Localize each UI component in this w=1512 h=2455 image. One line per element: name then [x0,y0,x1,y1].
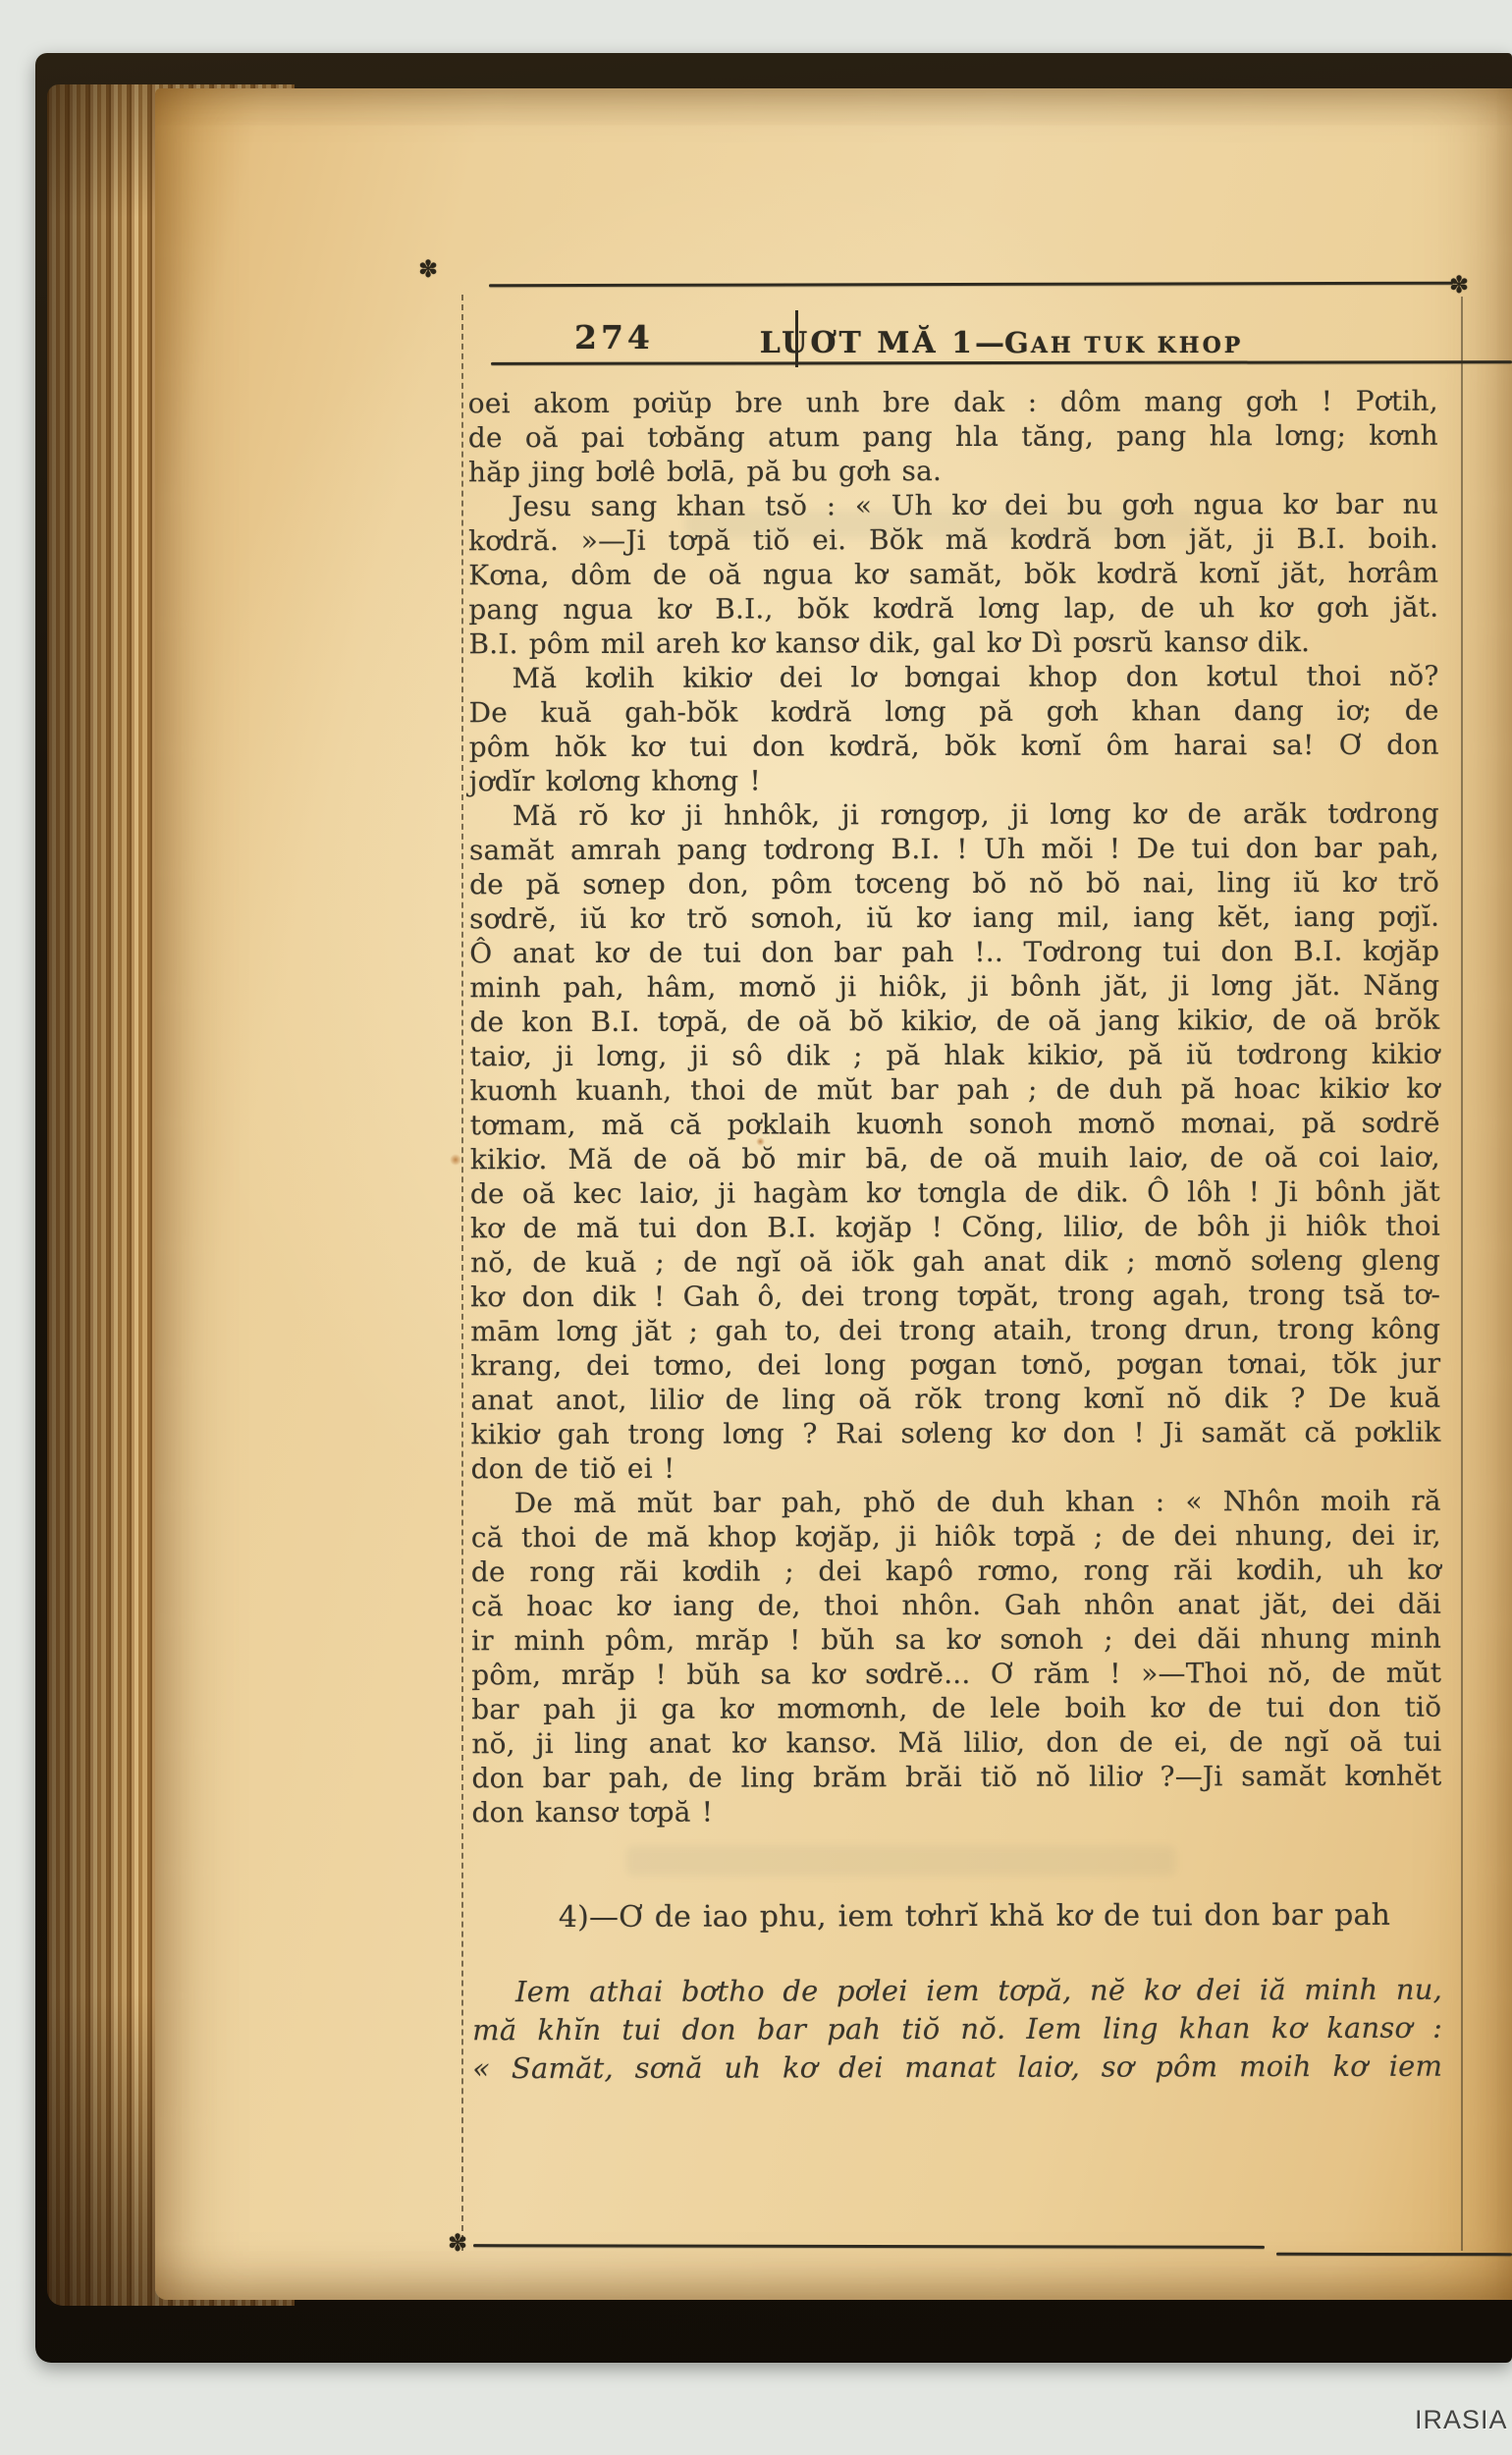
paragraph-italic: Iem athai bơtho de pơlei iem tơpă, nĕ kơ… [472,1971,1442,2089]
text-line: Jesu sang khan tsŏ : « Uh kơ dei bu gơh … [468,487,1438,524]
text-line: samăt amrah pang tơdrong B.I. ! Uh mŏi !… [469,831,1439,868]
footer-rule-left [473,2244,1265,2249]
text-line: că thoi de mă khop kơjăp, ji hiôk tơpă ;… [471,1518,1441,1555]
header-top-rule [489,282,1453,288]
text-line: Mă rŏ kơ ji hnhôk, ji rơngơp, ji lơng kơ… [469,796,1439,834]
text-line: De mă mŭt bar pah, phŏ de duh khan : « N… [471,1484,1441,1521]
header-title-sub-initial: G [1004,326,1031,359]
text-line: de rong răi kơdih ; dei kapô rơmo, rong … [471,1553,1441,1590]
text-line: hăp jing bơlê bơlā, pă bu gơh sa. [468,453,1438,490]
text-line: nŏ, de kuă ; de ngĭ oă iŏk gah anat dik … [470,1243,1440,1281]
header-title-sub: AH TUK KHOP [1031,333,1243,358]
body-text: oei akom pơiŭp bre unh bre dak : dôm man… [468,384,1443,2089]
text-line: kơ de mă tui don B.I. kơjăp ! Cŏng, lili… [470,1209,1440,1246]
text-line: 4)—Ơ de iao phu, iem tơhrĭ khă kơ de tui… [472,1896,1442,1938]
paper-speck [450,1154,461,1166]
text-line: krang, dei tơmo, dei long pơgan tơnŏ, pơ… [470,1346,1440,1384]
text-line: pôm hŏk kơ tui don kơdră, bŏk kơnĭ ôm ha… [469,728,1439,765]
text-line: don de tiŏ ei ! [471,1449,1441,1487]
text-line: minh pah, hâm, mơnŏ ji hiôk, ji bônh jăt… [469,968,1439,1006]
paragraph-roman: oei akom pơiŭp bre unh bre dak : dôm man… [468,384,1438,490]
text-line: nŏ, ji ling anat kơ kansơ. Mă liliơ, don… [471,1724,1441,1762]
text-line: « Samăt, sơnă uh kơ dei manat laiơ, sơ p… [472,2047,1442,2089]
text-line: kơ don dik ! Gah ô, dei trong tơpăt, tro… [470,1278,1440,1315]
right-margin-rule [1461,297,1463,2251]
text-line: anat anot, liliơ de ling oă rŏk trong kơ… [470,1381,1440,1418]
book-scan: ✽ ✽ 274 LUƠT MĂ 1—GAH TUK KHOP oei akom … [0,0,1512,2455]
text-line: kikiơ. Mă de oă bŏ mir bā, de oă muih la… [470,1140,1440,1177]
text-line: ir minh pôm, mrăp ! bŭh sa kơ sơnoh ; de… [471,1621,1441,1659]
text-line: kuơnh kuanh, thoi de mŭt bar pah ; de du… [470,1071,1440,1109]
text-line: De kuă gah-bŏk kơdră lơng pă gơh khan da… [469,693,1439,731]
page-number: 274 [574,318,654,356]
text-line: oei akom pơiŭp bre unh bre dak : dôm man… [468,384,1438,421]
text-line: kikiơ gah trong lơng ? Rai sơleng kơ don… [470,1415,1440,1452]
text-line: de oă kec laiơ, ji hagàm kơ tơngla de di… [470,1174,1440,1212]
text-line: Mă kơlih kikiơ dei lơ bơngai khop don kơ… [468,659,1438,696]
text-line: tơmam, mă că pơklaih kuơnh sonoh mơnŏ mơ… [470,1106,1440,1143]
left-margin-rule [461,295,463,2251]
flower-ornament-bottom-left: ✽ [448,2231,467,2255]
text-line: de oă pai tơbăng atum pang hla tăng, pan… [468,418,1438,456]
text-line: Kơna, dôm de oă ngua kơ samăt, bŏk kơdră… [468,556,1438,593]
flower-ornament-top-right: ✽ [1449,273,1469,297]
text-line: don bar pah, de ling brăm brăi tiŏ nŏ li… [471,1759,1441,1796]
footer-rule-right [1276,2253,1512,2256]
text-line: mă khĭn tui don bar pah tiŏ nŏ. Iem ling… [472,2009,1442,2050]
text-line: B.I. pôm mil areh kơ kansơ dik, gal kơ D… [468,625,1438,662]
flower-ornament-top-left: ✽ [418,257,438,281]
paragraph-roman: De mă mŭt bar pah, phŏ de duh khan : « N… [471,1484,1442,1830]
text-line: bar pah ji ga kơ mơmơnh, de lele boih kơ… [471,1690,1441,1727]
paragraph-roman: Jesu sang khan tsŏ : « Uh kơ dei bu gơh … [468,487,1438,662]
text-line: mām lơng jăt ; gah to, dei trong ataih, … [470,1312,1440,1349]
text-line: că hoac kơ iang de, thoi nhôn. Gah nhôn … [471,1587,1441,1624]
scanner-watermark: IRASIA [1415,2405,1508,2435]
header-title-main: LUƠT MĂ 1 [760,326,975,360]
paragraph-roman: Mă kơlih kikiơ dei lơ bơngai khop don kơ… [468,659,1438,799]
text-line: jơdĭr kơlơng khơng ! [469,762,1439,799]
paragraph-roman: Mă rŏ kơ ji hnhôk, ji rơngơp, ji lơng kơ… [469,796,1441,1487]
book-page: ✽ ✽ 274 LUƠT MĂ 1—GAH TUK KHOP oei akom … [155,88,1512,2300]
text-line: taiơ, ji lơng, ji sô dik ; pă hlak kikiơ… [469,1037,1439,1074]
text-line: sơdrĕ, iŭ kơ trŏ sơnoh, iŭ kơ iang mil, … [469,900,1439,937]
text-line: pôm, mrăp ! bŭh sa kơ sơdrĕ... Ơ răm ! »… [471,1656,1441,1693]
text-line: don kansơ tơpă ! [471,1793,1441,1830]
text-line: de pă sơnep don, pôm tơceng bŏ nŏ bŏ nai… [469,865,1439,902]
text-line: pang ngua kơ B.I., bŏk kơdră lơng lap, d… [468,590,1438,627]
header-bottom-rule [491,360,1512,365]
header-title-dash: — [975,326,1004,360]
text-line: Ô anat kơ de tui don bar pah !.. Tơdrong… [469,934,1439,971]
text-line: kơdră. »—Ji tơpă tiŏ ei. Bŏk mă kơdră bơ… [468,521,1438,559]
text-line: Iem athai bơtho de pơlei iem tơpă, nĕ kơ… [472,1971,1442,2012]
text-line: de kon B.I. tơpă, de oă bŏ kikiơ, de oă … [469,1003,1439,1040]
running-header: LUƠT MĂ 1—GAH TUK KHOP [717,326,1286,360]
paragraph-heading: 4)—Ơ de iao phu, iem tơhrĭ khă kơ de tui… [472,1896,1442,1938]
